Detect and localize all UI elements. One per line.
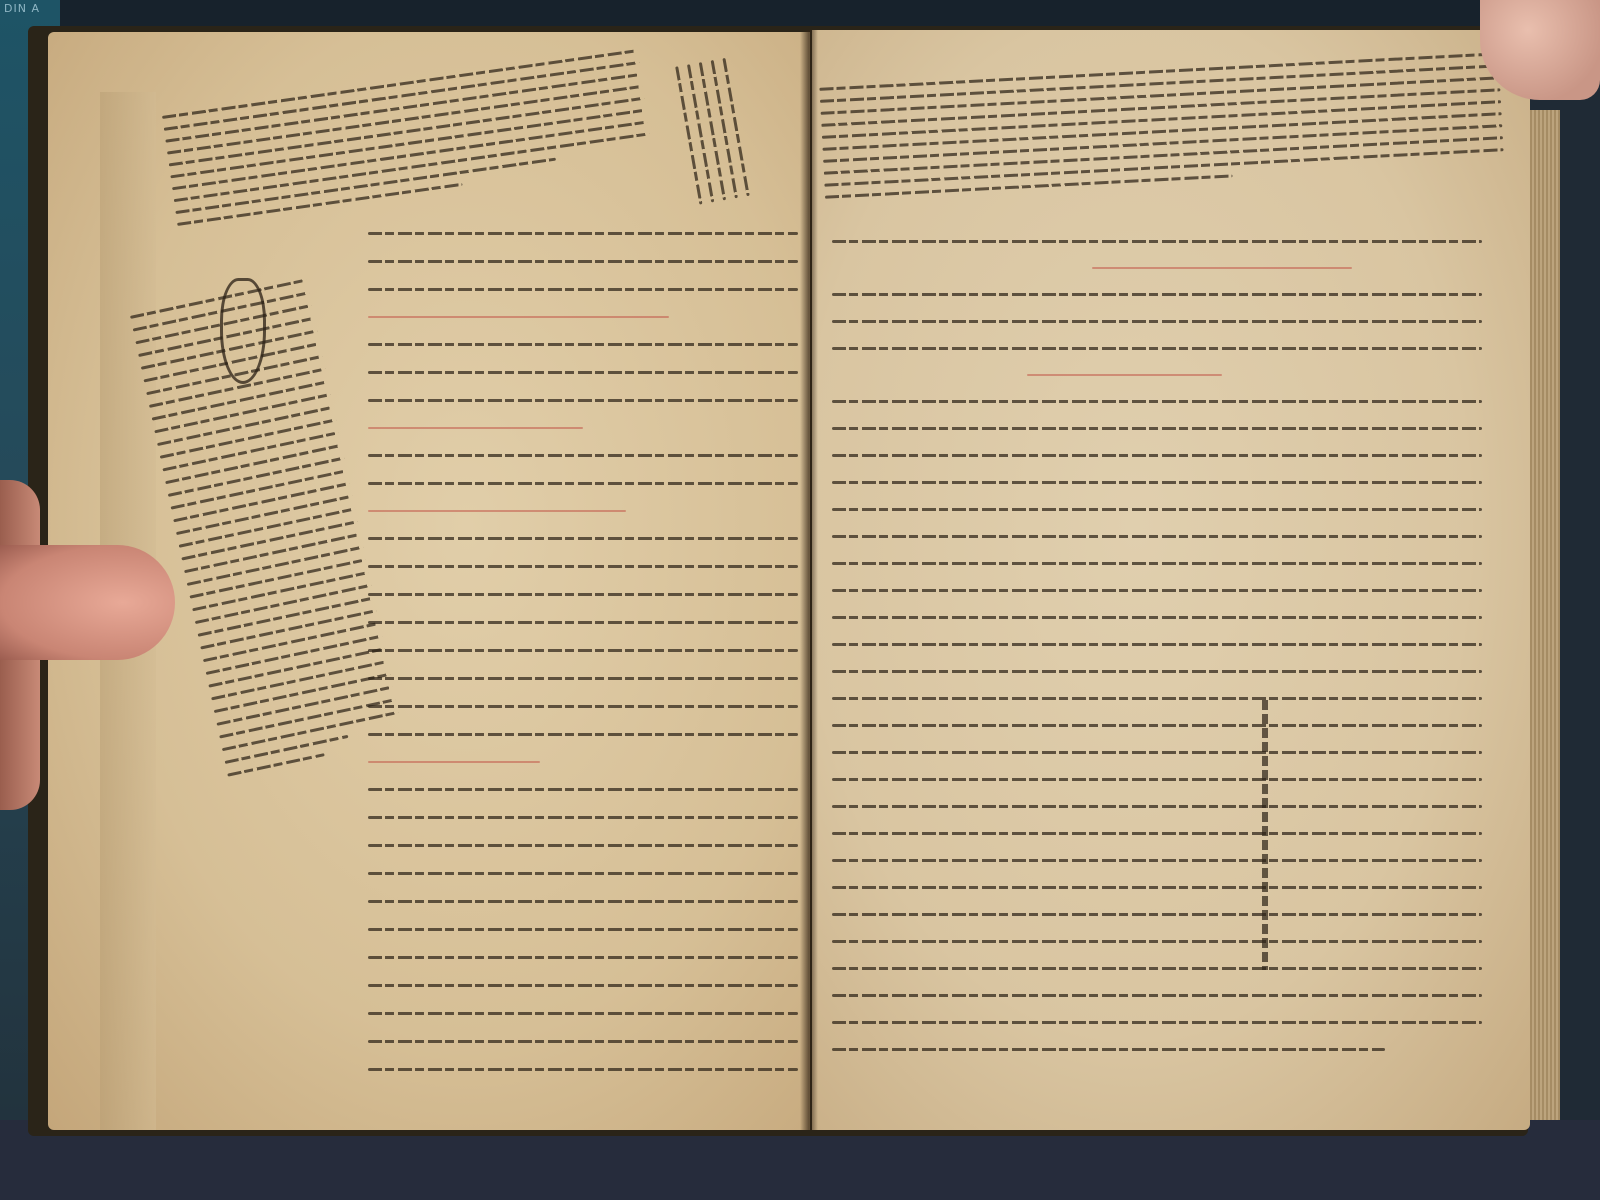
main-text-right xyxy=(832,240,1482,1075)
right-page xyxy=(812,30,1530,1130)
marginal-notes-left xyxy=(130,279,406,787)
book-gutter xyxy=(800,30,818,1130)
finger-left xyxy=(0,545,175,660)
marginal-notes-top xyxy=(162,49,654,235)
top-annotations-right xyxy=(819,52,1504,207)
ink-seal-icon xyxy=(220,278,266,384)
main-text-left xyxy=(368,232,798,1096)
corner-label: DIN A xyxy=(4,2,40,15)
marginal-notes-vertical xyxy=(666,58,749,206)
vertical-margin-note xyxy=(1262,700,1268,970)
